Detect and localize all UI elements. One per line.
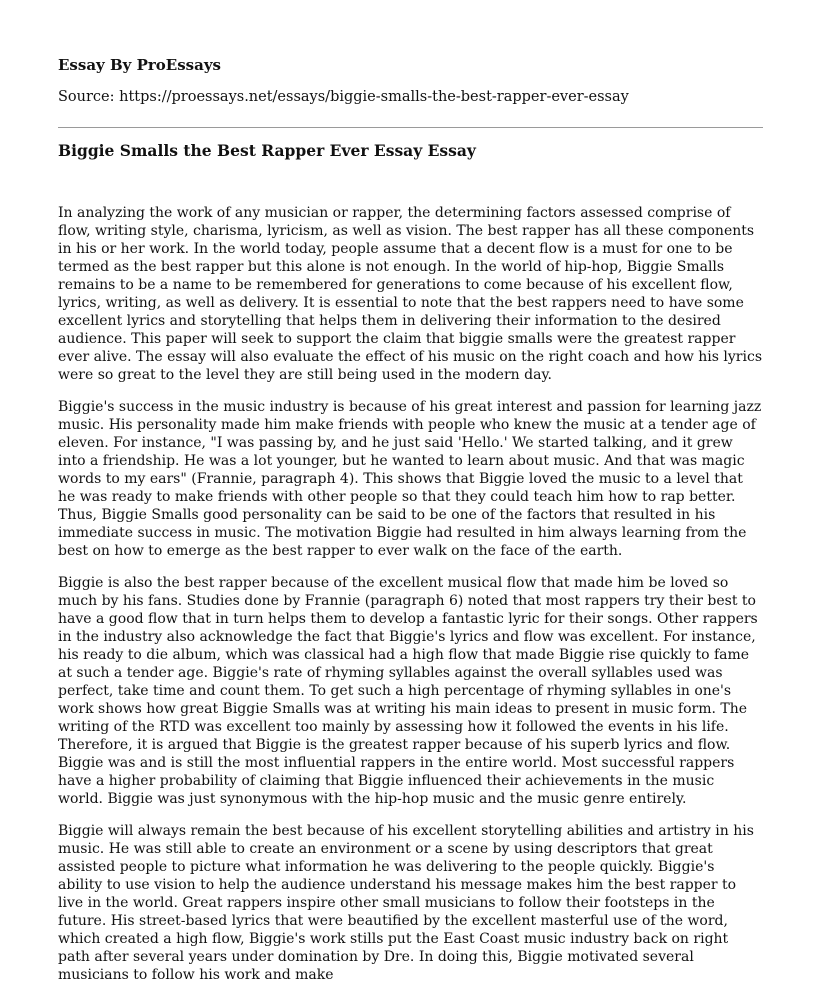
source-url: https://proessays.net/essays/biggie-smal… [119,89,629,105]
source-label: Source: [58,89,115,105]
essay-paragraph: Biggie will always remain the best becau… [58,822,763,984]
essay-paragraph: Biggie's success in the music industry i… [58,398,763,560]
divider [58,127,763,128]
source-line: Source: https://proessays.net/essays/big… [58,88,763,106]
essay-paragraph: Biggie is also the best rapper because o… [58,574,763,808]
page-title: Biggie Smalls the Best Rapper Ever Essay… [58,141,763,160]
essay-body: In analyzing the work of any musician or… [58,204,763,984]
essay-paragraph: In analyzing the work of any musician or… [58,204,763,384]
byline: Essay By ProEssays [58,56,763,74]
document-page: Essay By ProEssays Source: https://proes… [0,0,820,996]
